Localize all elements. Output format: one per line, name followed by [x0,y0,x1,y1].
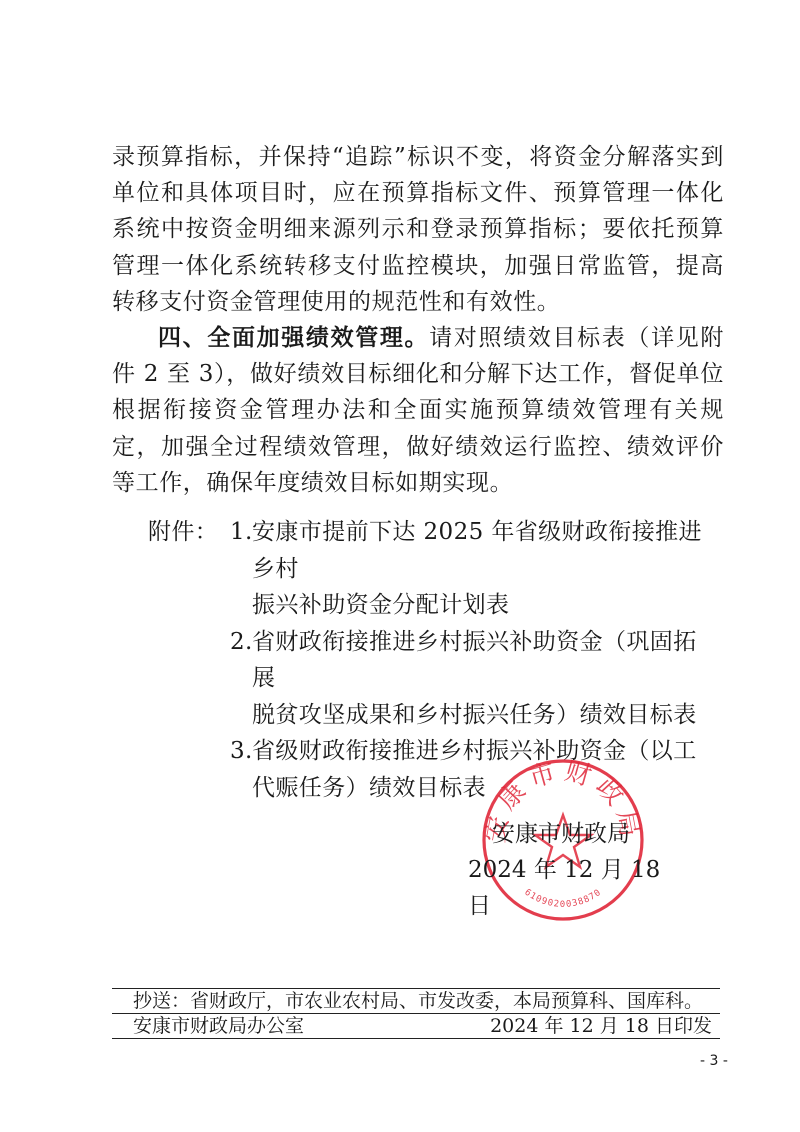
footer-rule-bottom [112,1038,720,1039]
attachment-line: 省财政衔接推进乡村振兴补助资金（巩固拓展 [252,624,708,697]
paragraph-continued: 录预算指标，并保持“追踪”标识不变，将资金分解落实到单位和具体项目时，应在预算指… [112,139,724,320]
attachment-item-1: 附件： 1. 安康市提前下达 2025 年省级财政衔接推进乡村 振兴补助资金分配… [148,514,708,624]
cc-recipients: 省财政厅，市农业农村局、市发改委，本局预算科、国库科。 [190,990,703,1012]
section-4-heading: 四、全面加强绩效管理。 [158,325,429,351]
attachment-number: 3. [230,733,252,806]
section-4-paragraph: 四、全面加强绩效管理。请对照绩效目标表（详见附件 2 至 3），做好绩效目标细化… [112,320,724,501]
distribution-footer: 抄送：省财政厅，市农业农村局、市发改委，本局预算科、国库科。 安康市财政局办公室… [112,988,720,1039]
attachment-number: 1. [230,514,252,624]
attachments-label: 附件： [148,514,230,624]
attachment-number: 2. [230,624,252,734]
signature-block: 安康市财政局 2024 年 12 月 18 日 [468,816,668,924]
attachment-line: 安康市提前下达 2025 年省级财政衔接推进乡村 [252,514,708,587]
body-text: 录预算指标，并保持“追踪”标识不变，将资金分解落实到单位和具体项目时，应在预算指… [112,139,724,501]
issuer-row: 安康市财政局办公室 2024 年 12 月 18 日印发 [112,1014,720,1038]
cc-label: 抄送： [133,990,190,1012]
attachment-line: 脱贫攻坚成果和乡村振兴任务）绩效目标表 [252,697,708,734]
page-number: - 3 - [700,1053,728,1069]
signature-date: 2024 年 12 月 18 日 [468,852,668,924]
cc-row: 抄送：省财政厅，市农业农村局、市发改委，本局预算科、国库科。 [112,989,720,1013]
document-page: 录预算指标，并保持“追踪”标识不变，将资金分解落实到单位和具体项目时，应在预算指… [0,0,800,1132]
signature-organization: 安康市财政局 [468,816,668,852]
issuer: 安康市财政局办公室 [133,1014,304,1038]
attachment-item-2: 2. 省财政衔接推进乡村振兴补助资金（巩固拓展 脱贫攻坚成果和乡村振兴任务）绩效… [148,624,708,734]
issue-date: 2024 年 12 月 18 日印发 [490,1014,712,1038]
attachment-line: 振兴补助资金分配计划表 [252,587,708,624]
